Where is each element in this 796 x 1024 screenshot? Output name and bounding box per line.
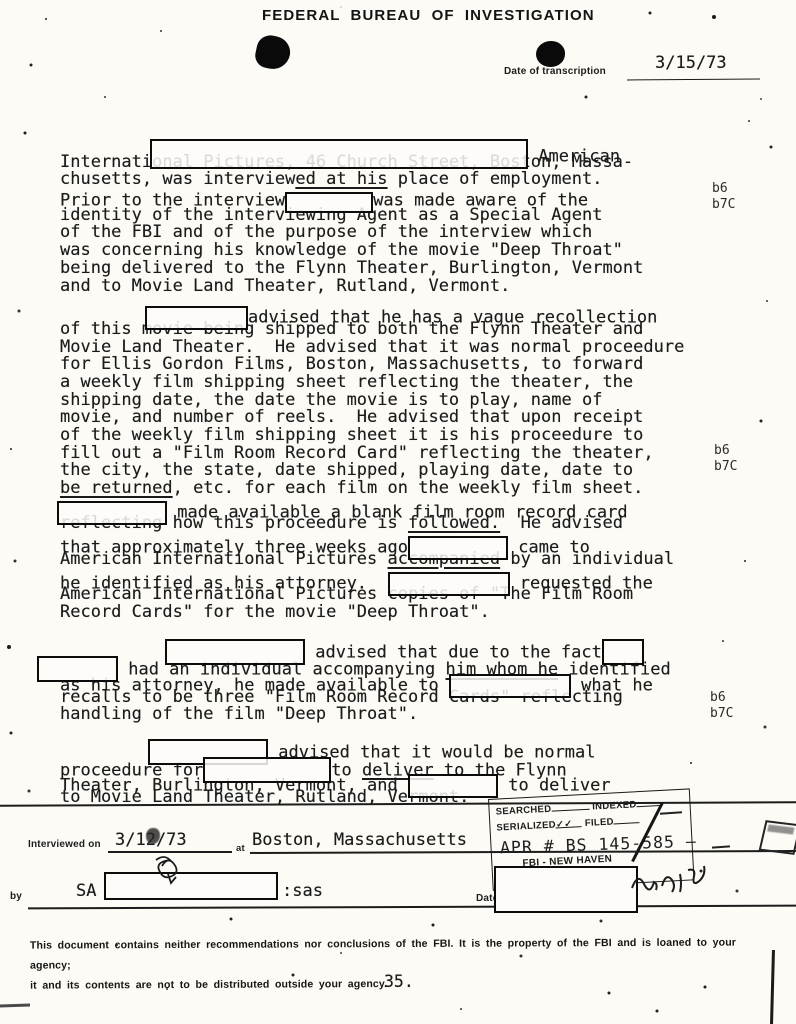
redaction-box — [150, 139, 528, 169]
interviewed-on-label: Interviewed on — [28, 839, 101, 850]
redaction-box — [449, 674, 571, 698]
paragraph: AmericanInternational Pictures, 46 Churc… — [60, 136, 740, 295]
redaction-box — [145, 306, 248, 330]
text-segment: American International Pictures — [60, 549, 388, 569]
handwritten-scribble — [146, 852, 194, 888]
redaction-box — [408, 536, 508, 560]
document-body: AmericanInternational Pictures, 46 Churc… — [60, 136, 740, 807]
typist-initials: :sas — [282, 881, 323, 901]
transcription-date-label: Date of transcription — [504, 66, 606, 77]
exemption-code-b7c: b7C — [710, 706, 733, 722]
form-rule — [627, 79, 760, 81]
by-label: by — [10, 891, 22, 902]
text-line: and to Movie Land Theater, Rutland, Verm… — [60, 278, 740, 296]
redaction-box — [602, 639, 644, 665]
redaction-box — [494, 866, 638, 913]
ink-blob — [536, 41, 565, 67]
paragraph: advised that he has a vague recollection… — [60, 303, 740, 621]
ink-blob — [253, 33, 293, 72]
filed-label: FILED — [585, 816, 614, 829]
serialized-label: SERIALIZED — [496, 819, 556, 833]
disclaimer-line1: This document contains neither recommend… — [30, 932, 775, 975]
paragraph: advised that due to the fact had an indi… — [60, 636, 740, 724]
agent-prefix: SA — [76, 881, 96, 901]
interview-location-value: Boston, Massachusetts — [252, 830, 467, 850]
check-marks: ✓✓ — [556, 818, 582, 828]
redaction-box — [203, 757, 331, 783]
stamp-blank-line — [613, 814, 639, 824]
text-segment: handling of the film "Deep Throat". — [60, 704, 418, 724]
ink-mark — [0, 1003, 30, 1007]
redaction-box — [57, 501, 167, 525]
exemption-code-b6: b6 — [712, 181, 735, 197]
pen-dash — [712, 845, 730, 848]
ink-mark — [767, 825, 794, 835]
text-segment: He advised — [500, 513, 623, 533]
transcription-date-value: 3/15/73 — [655, 53, 727, 73]
exemption-codes: b6 b7C — [712, 181, 735, 213]
exemption-code-b6: b6 — [710, 690, 733, 706]
page-number: 35. — [384, 972, 414, 991]
text-segment: and to Movie Land Theater, Rutland, Verm… — [60, 276, 510, 296]
text-segment: , etc. for each film on the weekly film … — [173, 478, 644, 498]
form-rule — [28, 905, 796, 909]
exemption-code-b7c: b7C — [714, 459, 737, 475]
redaction-box — [408, 774, 498, 798]
text-segment: Record Cards" for the movie "Deep Throat… — [60, 602, 490, 622]
at-label: at — [236, 843, 245, 854]
exemption-codes: b6 b7C — [710, 690, 733, 722]
redaction-box — [165, 639, 305, 665]
text-segment: by an individual — [500, 549, 674, 569]
text-line: American International Pictures accompan… — [60, 551, 740, 569]
text-line: chusetts, was interviewed at his place o… — [60, 171, 740, 189]
scanned-fbi-document-page: FEDERAL BUREAU OF INVESTIGATION Date of … — [0, 0, 796, 1024]
exemption-codes: b6 b7C — [714, 443, 737, 475]
indexed-label: INDEXED — [592, 799, 637, 812]
agency-title: FEDERAL BUREAU OF INVESTIGATION — [262, 7, 595, 24]
text-line: be returned, etc. for each film on the w… — [60, 480, 740, 498]
redaction-box — [388, 572, 510, 596]
text-segment: place of employment. — [388, 169, 603, 189]
exemption-code-b7c: b7C — [712, 197, 735, 213]
text-segment: followed. — [408, 513, 500, 533]
handwritten-signature — [628, 858, 714, 902]
redaction-box — [285, 192, 373, 213]
redaction-box — [37, 656, 118, 682]
stamp-fragment — [759, 820, 796, 855]
text-segment: ed at his — [295, 169, 387, 189]
text-line: advised that it would be normal — [60, 736, 740, 754]
scan-noise — [0, 0, 2, 2]
text-line: handling of the film "Deep Throat". — [60, 706, 740, 724]
exemption-code-b6: b6 — [714, 443, 737, 459]
text-line: American — [60, 136, 740, 154]
stamp-row: SERIALIZED✓✓ FILED — [496, 814, 640, 833]
stamp-blank-line — [551, 801, 589, 812]
searched-label: SEARCHED — [495, 804, 551, 818]
text-line: advised that due to the fact — [60, 636, 740, 654]
text-segment: chusetts, was interview — [60, 169, 295, 189]
text-line: Record Cards" for the movie "Deep Throat… — [60, 604, 740, 622]
text-segment: be returned — [60, 478, 173, 498]
